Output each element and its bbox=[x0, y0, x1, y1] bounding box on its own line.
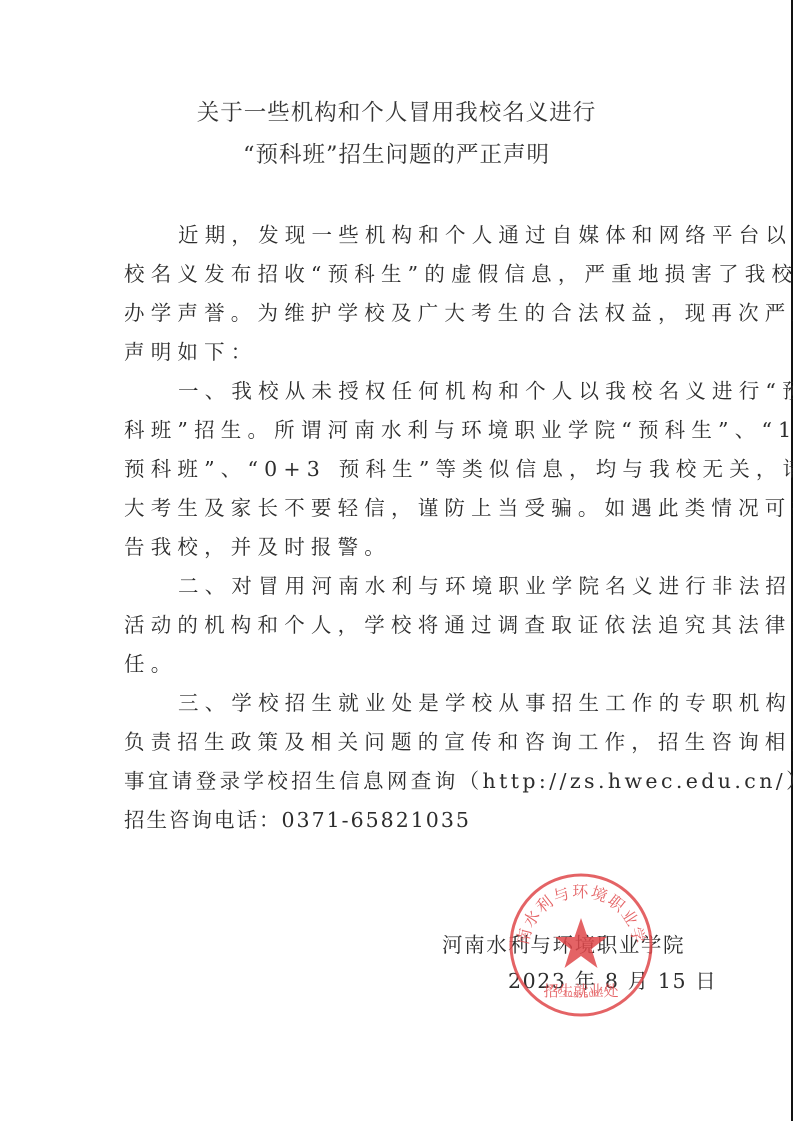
para3-line1: 二、对冒用河南水利与环境职业学院名义进行非法招生 bbox=[178, 569, 793, 599]
para1-line3: 办学声誉。为维护学校及广大考生的合法权益，现再次严正 bbox=[124, 296, 793, 326]
signature-date: 2023 年 8 月 15 日 bbox=[508, 964, 717, 994]
para4-line2: 负责招生政策及相关问题的宣传和咨询工作，招生咨询相关 bbox=[124, 725, 793, 755]
document-title-line-1: 关于一些机构和个人冒用我校名义进行 bbox=[0, 95, 793, 127]
para4-line1: 三、学校招生就业处是学校从事招生工作的专职机构， bbox=[178, 686, 793, 716]
para1-line4: 声明如下： bbox=[124, 335, 258, 365]
signature-organization: 河南水利与环境职业学院 bbox=[442, 928, 685, 958]
para2-line3: 预科班”、“0+3 预科生”等类似信息，均与我校无关，请广 bbox=[124, 452, 793, 482]
para1-line1: 近期，发现一些机构和个人通过自媒体和网络平台以我 bbox=[178, 218, 793, 248]
para4-line3-website: 事宜请登录学校招生信息网查询（http://zs.hwec.edu.cn/）。 bbox=[124, 764, 793, 794]
para4-line4-phone: 招生咨询电话：0371-65821035 bbox=[124, 803, 471, 833]
para2-line2: 科班”招生。所谓河南水利与环境职业学院“预科生”、“1+3 bbox=[124, 413, 793, 443]
para3-line2: 活动的机构和个人，学校将通过调查取证依法追究其法律责 bbox=[124, 608, 793, 638]
para2-line4: 大考生及家长不要轻信，谨防上当受骗。如遇此类情况可报 bbox=[124, 491, 793, 521]
document-title-line-2: “预科班”招生问题的严正声明 bbox=[0, 137, 793, 169]
para3-line3: 任。 bbox=[124, 647, 177, 677]
para1-line2: 校名义发布招收“预科生”的虚假信息，严重地损害了我校 bbox=[124, 257, 793, 287]
para2-line5: 告我校，并及时报警。 bbox=[124, 530, 391, 560]
para2-line1: 一、我校从未授权任何机构和个人以我校名义进行“预 bbox=[178, 374, 793, 404]
